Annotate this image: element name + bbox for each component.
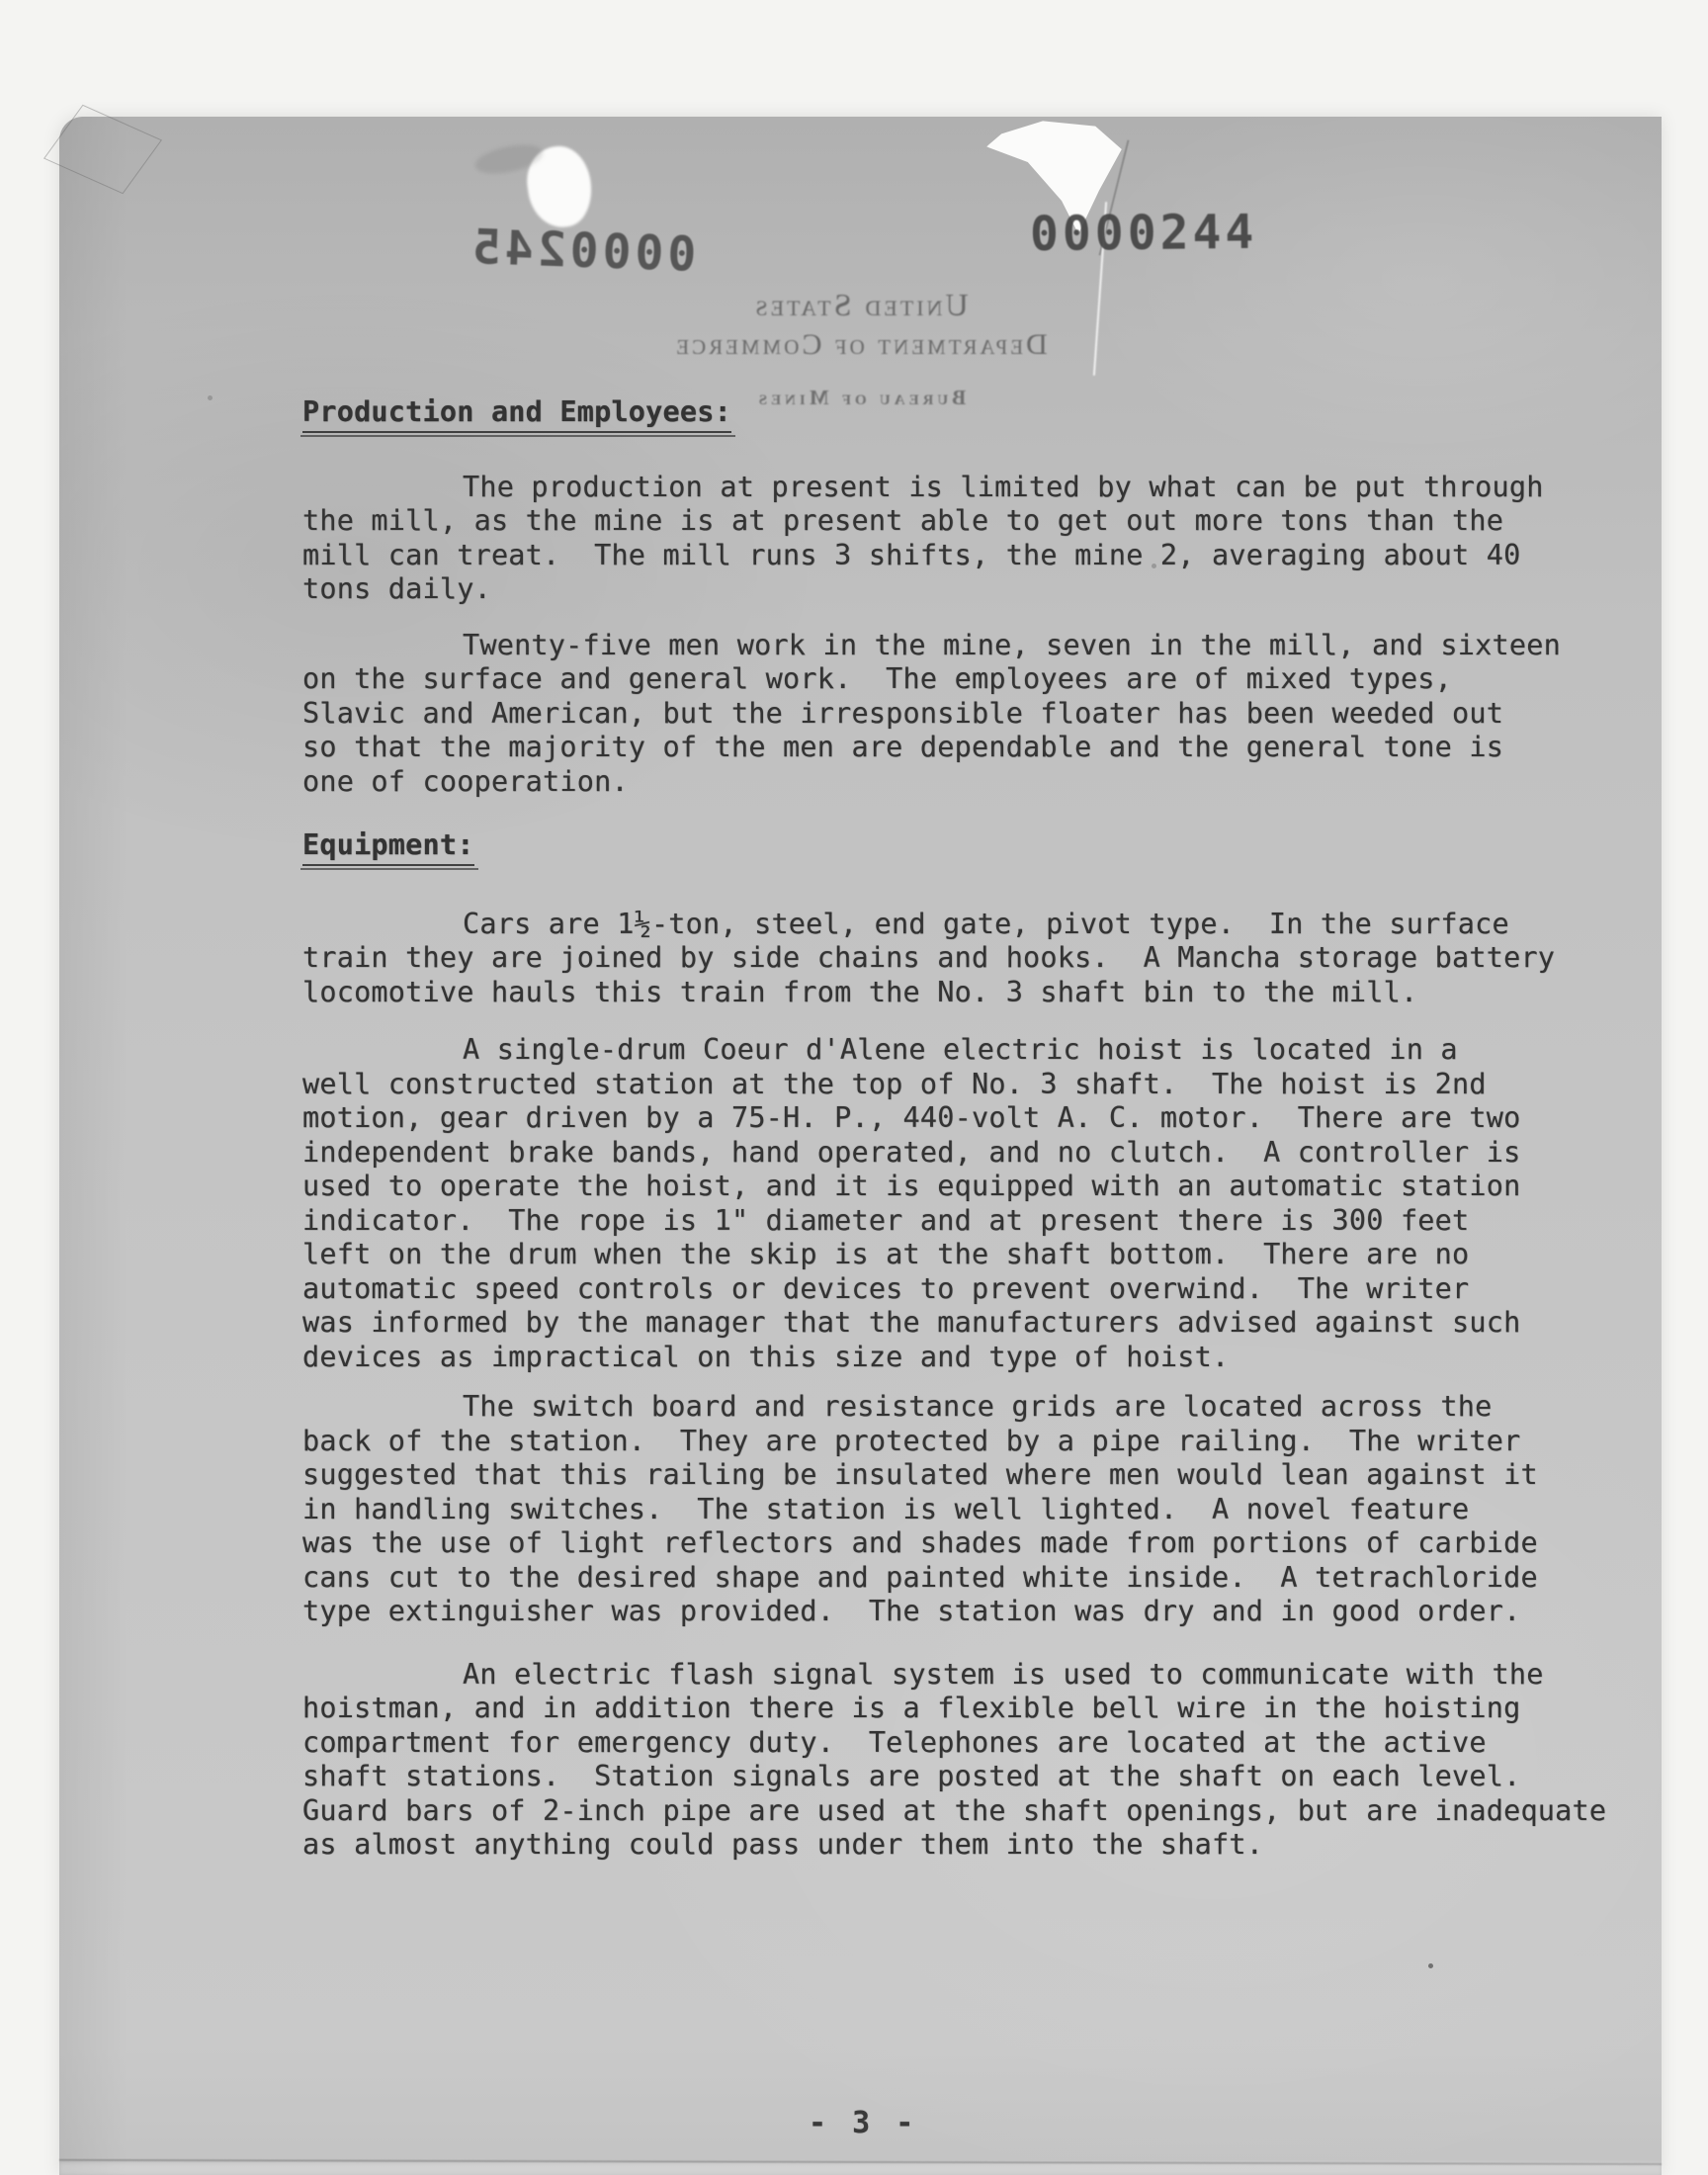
letterhead-united-states-mirrored: United States (59, 287, 1662, 323)
fold-outline (43, 105, 162, 194)
section-heading-equipment: Equipment: (302, 828, 1652, 866)
paragraph-cars: Cars are 1½-ton, steel, end gate, pivot … (302, 908, 1652, 1010)
serial-stamp-mirrored: 0000245 (468, 219, 697, 283)
serial-stamp: 0000244 (1030, 205, 1258, 262)
scanned-document-screen: 0000245 0000244 United States Department… (0, 0, 1708, 2175)
paragraph-production-limits: The production at present is limited by … (302, 471, 1652, 607)
bottom-edge-highlight (59, 2163, 1662, 2175)
section-heading-equipment-label: Equipment: (302, 828, 474, 866)
ink-speck (1428, 1963, 1433, 1968)
paragraph-switchboard: The switch board and resistance grids ar… (302, 1390, 1652, 1629)
section-heading-production: Production and Employees: (302, 395, 1652, 433)
document-page: 0000245 0000244 United States Department… (59, 117, 1662, 2175)
section-heading-production-label: Production and Employees: (302, 395, 731, 433)
page-number: - 3 - (809, 2106, 917, 2140)
letterhead-department-of-commerce-mirrored: Department of Commerce (59, 328, 1662, 362)
paragraph-signals: An electric flash signal system is used … (302, 1658, 1652, 1863)
paragraph-employees: Twenty-five men work in the mine, seven … (302, 629, 1652, 800)
typed-text-column: Production and Employees: The production… (302, 395, 1652, 1863)
paragraph-hoist: A single-drum Coeur d'Alene electric hoi… (302, 1033, 1652, 1374)
